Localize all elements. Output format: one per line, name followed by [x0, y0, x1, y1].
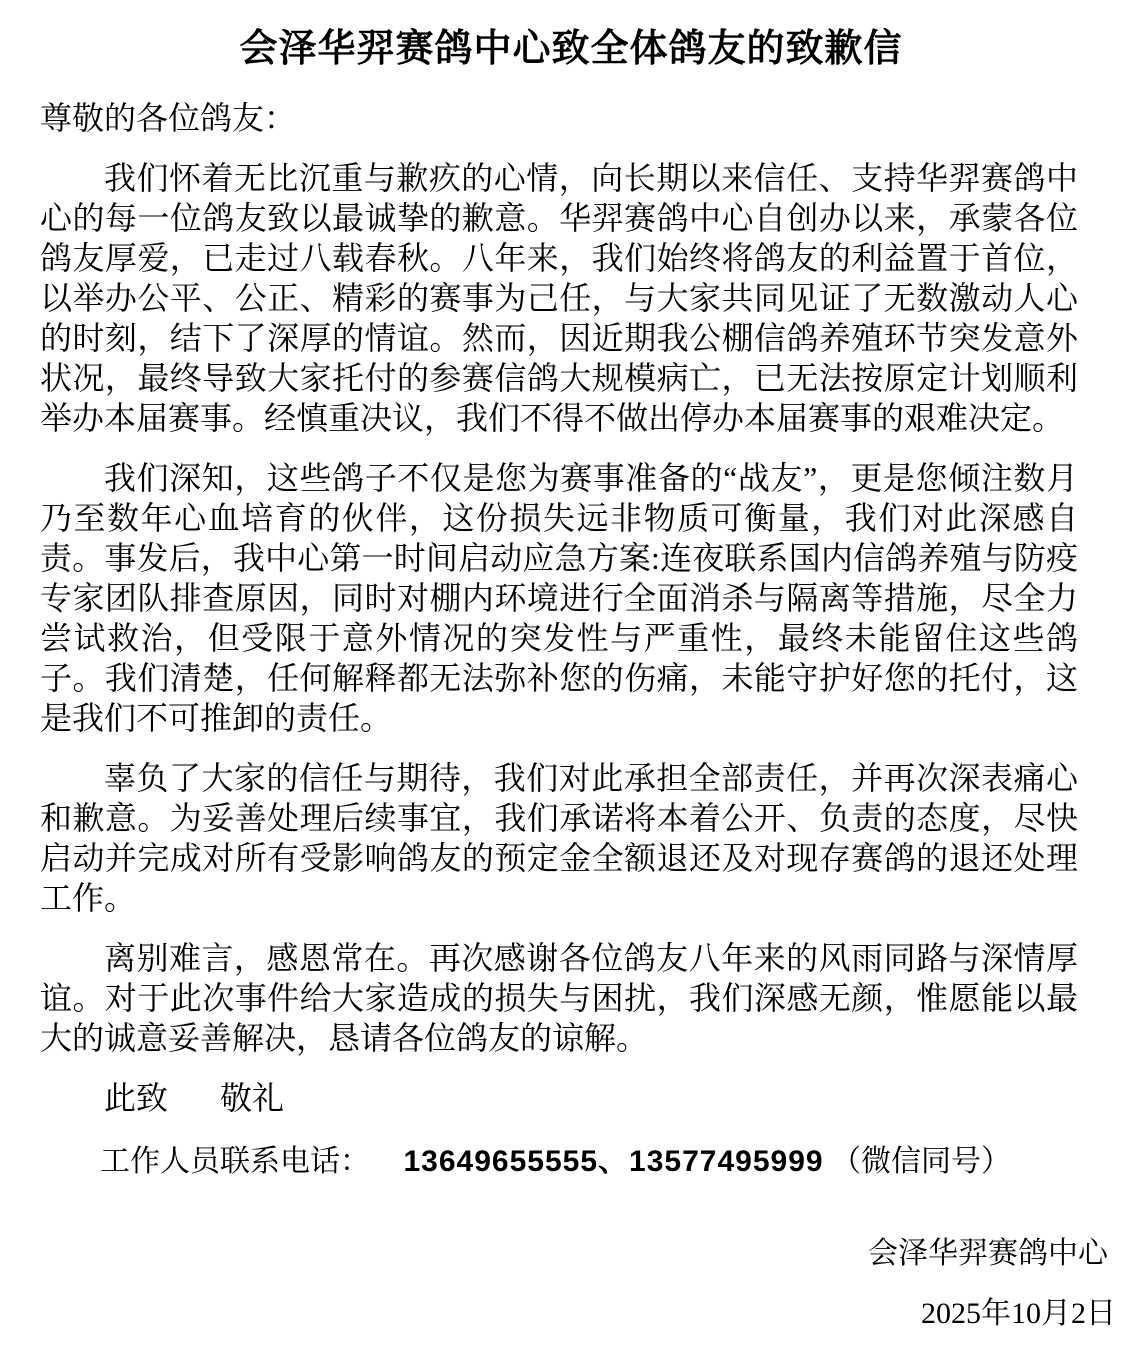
contact-label: 工作人员联系电话：	[100, 1145, 370, 1178]
document-page: 会泽华羿赛鸽中心致全体鸽友的致歉信 尊敬的各位鸽友： 我们怀着无比沉重与歉疚的心…	[0, 0, 1142, 1370]
paragraph-4: 离别难言，感恩常在。再次感谢各位鸽友八年来的风雨同路与深情厚谊。对于此次事件给大…	[40, 938, 1078, 1058]
contact-wechat-note: （微信同号）	[831, 1145, 1011, 1178]
paragraph-3: 辜负了大家的信任与期待，我们对此承担全部责任，并再次深表痛心和歉意。为妥善处理后…	[40, 758, 1078, 918]
signature-org: 会泽华羿赛鸽中心	[0, 1234, 1142, 1274]
contact-phone-numbers: 13649655555、13577495999	[404, 1145, 824, 1178]
signature-date: 2025年10月2日	[0, 1294, 1142, 1334]
salutation: 尊敬的各位鸽友：	[40, 98, 1078, 138]
closing-line: 此致 敬礼	[40, 1078, 1078, 1118]
paragraph-2: 我们深知，这些鸽子不仅是您为赛事准备的“战友”，更是您倾注数月乃至数年心血培育的…	[40, 458, 1078, 738]
paragraph-1: 我们怀着无比沉重与歉疚的心情，向长期以来信任、支持华羿赛鸽中心的每一位鸽友致以最…	[40, 158, 1078, 438]
document-title: 会泽华羿赛鸽中心致全体鸽友的致歉信	[0, 0, 1142, 72]
closing-regards: 敬礼	[220, 1080, 284, 1116]
contact-line: 工作人员联系电话： 13649655555、13577495999 （微信同号）	[40, 1142, 1078, 1182]
closing-salute: 此致	[104, 1080, 168, 1116]
document-body: 尊敬的各位鸽友： 我们怀着无比沉重与歉疚的心情，向长期以来信任、支持华羿赛鸽中心…	[40, 98, 1078, 1182]
